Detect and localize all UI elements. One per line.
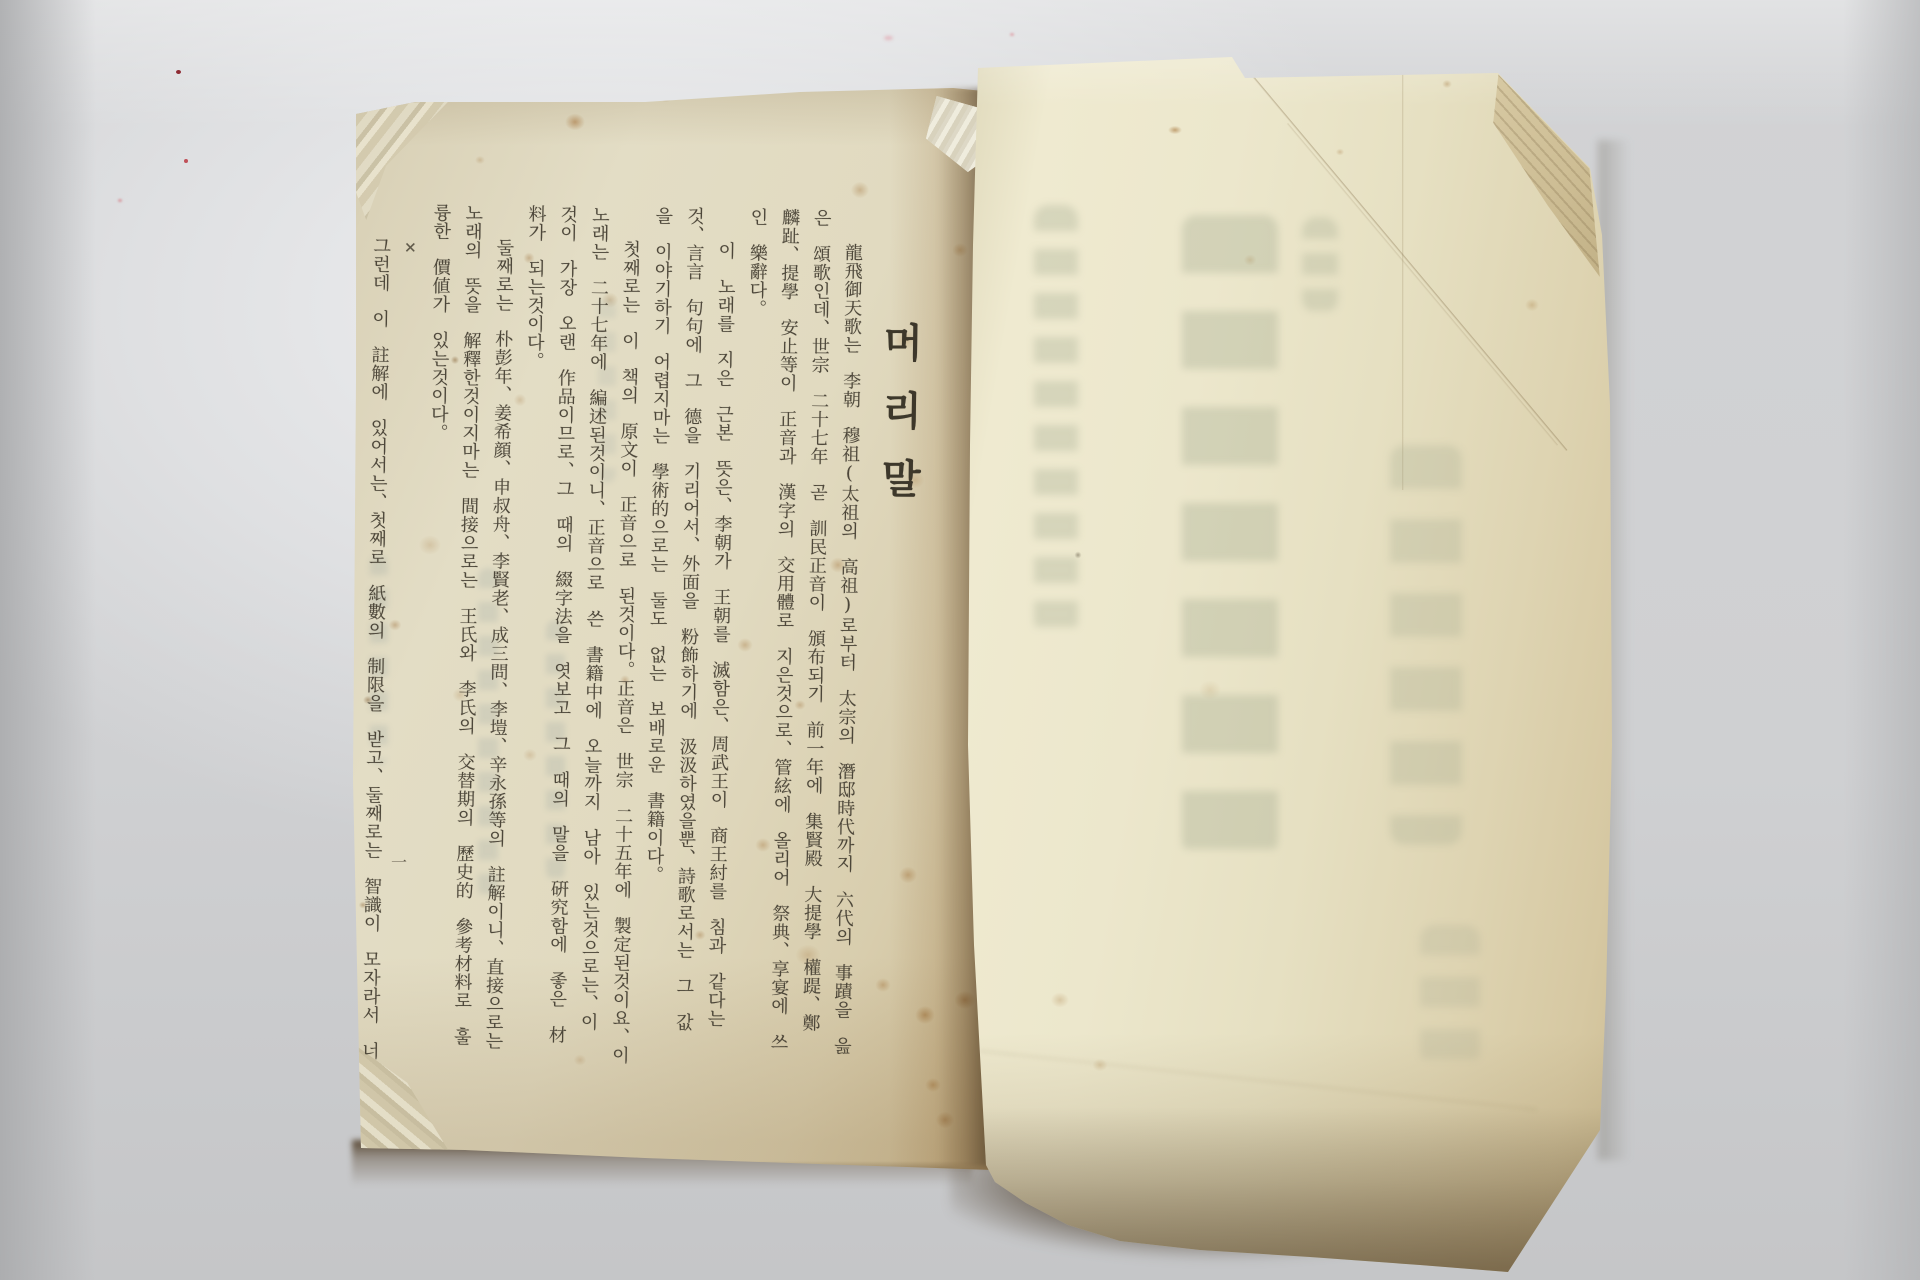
show-through-marks xyxy=(546,620,565,880)
show-through-text-column xyxy=(1390,445,1462,845)
foxing-stains xyxy=(345,80,993,1175)
text-column: 것、言言 句句에 그 德을 기리어서、外面을 粉飾하기에 汲汲하였을뿐、詩歌로서… xyxy=(671,207,704,1107)
diagonal-crease xyxy=(1244,67,1567,451)
red-speck xyxy=(118,199,122,202)
vertical-fold-line xyxy=(1402,60,1404,490)
crumpled-corner-bottom-left xyxy=(355,1045,450,1153)
show-through-text-column xyxy=(1302,217,1338,313)
diagonal-crease xyxy=(1286,123,1558,446)
text-column: 노래는 二十七年에 編述된것이니、正音으로 쓴 書籍中에 오늘까지 남아 있는것… xyxy=(576,205,609,1105)
text-column: 은 頌歌인데、世宗 二十七年 곧 訓民正音이 頒布되기 前一年에 集賢殿 大提學… xyxy=(798,208,831,1108)
show-through-marks xyxy=(478,568,498,898)
book-photo: 머리말 龍飛御天歌는 李朝 穆祖(太祖의 高祖)로부터 太宗의 潛邸時代까지 六… xyxy=(0,0,1920,1280)
page-number: 一 xyxy=(391,850,407,873)
text-column: 노래의 뜻을 解釋한것이지마는 間接으로는 王氏와 李氏의 交替期의 歷史的 參… xyxy=(450,204,483,1104)
show-through-marks xyxy=(370,555,388,765)
text-column: 둘째로는 朴彭年、姜希顔、申叔舟、李賢老、成三問、李塏、辛永孫等의 註解이니、直… xyxy=(481,204,514,1104)
text-column: 첫째로는 이 책의 原文이 正音으로 된것이다。正音은 世宗 二十五年에 製定된… xyxy=(608,206,641,1106)
foxing-stains xyxy=(950,45,1622,1280)
crumpled-corner-top-left xyxy=(353,100,463,220)
text-column: 을 이야기하기 어렵지마는 學術的으로는 둘도 없는 보배로운 書籍이다。 xyxy=(640,206,673,1106)
pink-smudge xyxy=(884,36,893,40)
text-column: 것이 가장 오랜 作品이므로、그 때의 綴字法을 엿보고 그 때의 말을 硏究함… xyxy=(545,205,578,1105)
page-title: 머리말 xyxy=(866,209,925,1110)
show-through-text-column xyxy=(1420,925,1480,1065)
left-page: 머리말 龍飛御天歌는 李朝 穆祖(太祖의 高祖)로부터 太宗의 潛邸時代까지 六… xyxy=(345,80,993,1175)
text-column: 麟趾、提學 安止等이 正音과 漢字의 交用體로 지은것으로、管絃에 올리어 祭典… xyxy=(766,208,799,1108)
text-column: 륭한 價値가 있는것이다。 xyxy=(418,203,451,1103)
curl-crease xyxy=(980,1050,1537,1112)
text-column: 料가 되는것이다。 xyxy=(513,204,546,1104)
pink-smudge xyxy=(1010,33,1014,36)
right-page-curled xyxy=(950,45,1622,1280)
show-through-marks xyxy=(598,298,616,483)
text-column: 龍飛御天歌는 李朝 穆祖(太祖의 高祖)로부터 太宗의 潛邸時代까지 六代의 事… xyxy=(830,209,863,1109)
text-column: 이 노래를 지은 근본 뜻은、李朝가 王朝를 滅함은、周武王이 商王紂를 침과 … xyxy=(703,207,736,1107)
preface-text-block: 머리말 龍飛御天歌는 李朝 穆祖(太祖의 高祖)로부터 太宗의 潛邸時代까지 六… xyxy=(347,202,925,1110)
red-speck xyxy=(176,70,181,74)
text-column: 인 樂辭다。 xyxy=(735,208,768,1108)
text-column: 그런데 이 註解에 있어서는、첫째로 紙數의 制限을 받고、둘째로는 智識이 모… xyxy=(358,202,391,1102)
section-separator-mark: ✕ xyxy=(390,203,420,1103)
show-through-text-column xyxy=(1182,215,1278,855)
show-through-text-column xyxy=(1034,205,1078,635)
red-speck xyxy=(184,159,188,163)
